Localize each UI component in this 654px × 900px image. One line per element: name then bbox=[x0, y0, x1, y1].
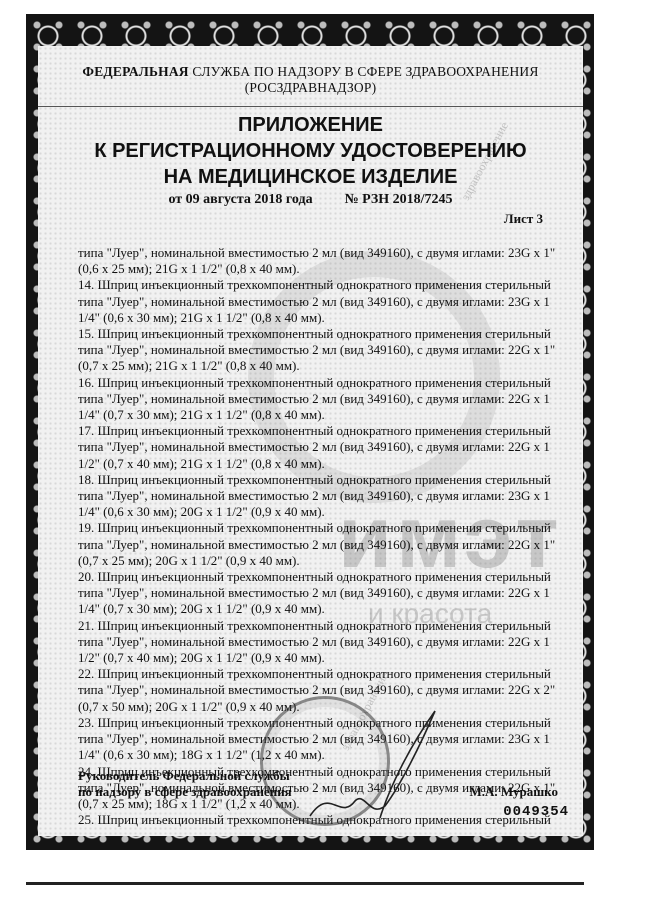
title-line-1: ПРИЛОЖЕНИЕ bbox=[38, 112, 583, 138]
list-item: 21. Шприц инъекционный трехкомпонентный … bbox=[78, 618, 558, 667]
list-item: 20. Шприц инъекционный трехкомпонентный … bbox=[78, 569, 558, 618]
agency-name-rest: СЛУЖБА ПО НАДЗОРУ В СФЕРЕ ЗДРАВООХРАНЕНИ… bbox=[192, 64, 538, 79]
signatory-name: М.А. Мурашко bbox=[469, 784, 558, 800]
list-item: 15. Шприц инъекционный трехкомпонентный … bbox=[78, 326, 558, 375]
certificate-page: имэт и красота здравоохранение здравоохр… bbox=[38, 46, 583, 836]
bottom-divider bbox=[26, 882, 584, 885]
signature-icon bbox=[300, 706, 440, 826]
sheet-number: Лист 3 bbox=[504, 211, 543, 227]
signatory-position-1: Руководитель Федеральной службы bbox=[78, 768, 558, 784]
agency-header: ФЕДЕРАЛЬНАЯ СЛУЖБА ПО НАДЗОРУ В СФЕРЕ ЗД… bbox=[38, 64, 583, 96]
title-line-3: НА МЕДИЦИНСКОЕ ИЗДЕЛИЕ bbox=[38, 164, 583, 190]
header-divider bbox=[38, 106, 583, 107]
issue-date: от 09 августа 2018 года bbox=[168, 192, 312, 207]
registration-number: № РЗН 2018/7245 bbox=[345, 192, 453, 207]
list-item: 14. Шприц инъекционный трехкомпонентный … bbox=[78, 277, 558, 326]
document-title: ПРИЛОЖЕНИЕ К РЕГИСТРАЦИОННОМУ УДОСТОВЕРЕ… bbox=[38, 112, 583, 190]
serial-number: 0049354 bbox=[503, 804, 569, 820]
list-item: 16. Шприц инъекционный трехкомпонентный … bbox=[78, 375, 558, 424]
agency-short-name: (РОСЗДРАВНАДЗОР) bbox=[38, 80, 583, 96]
list-item: 19. Шприц инъекционный трехкомпонентный … bbox=[78, 520, 558, 569]
agency-name-bold: ФЕДЕРАЛЬНАЯ bbox=[82, 64, 188, 79]
list-item: типа "Луер", номинальной вместимостью 2 … bbox=[78, 245, 558, 277]
signatory-block: Руководитель Федеральной службы по надзо… bbox=[78, 768, 558, 800]
document-meta: от 09 августа 2018 года№ РЗН 2018/7245 bbox=[38, 192, 583, 208]
list-item: 18. Шприц инъекционный трехкомпонентный … bbox=[78, 472, 558, 521]
list-item: 17. Шприц инъекционный трехкомпонентный … bbox=[78, 423, 558, 472]
title-line-2: К РЕГИСТРАЦИОННОМУ УДОСТОВЕРЕНИЮ bbox=[38, 138, 583, 164]
